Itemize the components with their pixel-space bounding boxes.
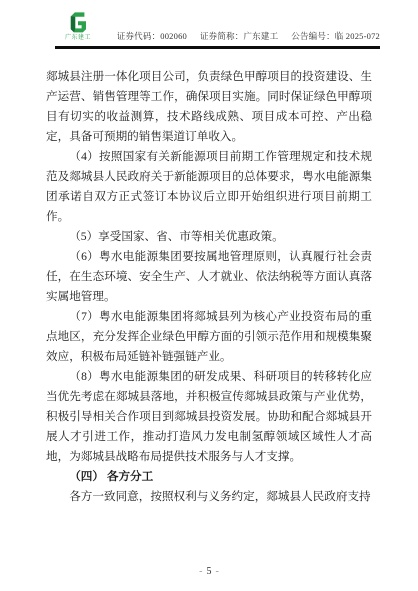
paragraph: （4）按照国家有关新能源项目前期工作管理规定和技术规范及郯城县人民政府关于新能源…: [46, 147, 372, 227]
company-logo: 广东建工: [63, 10, 93, 41]
footer-dash-right: -: [212, 566, 223, 577]
paragraph: （6）粤水电能源集团要按属地管理原则，认真履行社会责任，在生态环境、安全生产、人…: [46, 247, 372, 307]
stock-name-label: 证券简称：广东建工: [200, 30, 278, 42]
header-divider: [55, 46, 380, 49]
paragraph: （5）享受国家、省、市等相关优惠政策。: [46, 227, 372, 247]
page-footer: -5-: [0, 565, 418, 579]
company-logo-caption: 广东建工: [63, 35, 93, 41]
paragraph: 郯城县注册一体化项目公司，负责绿色甲醇项目的投资建设、生产运营、销售管理等工作，…: [46, 67, 372, 147]
section-heading: （四） 各方分工: [46, 467, 372, 487]
page-number: 5: [207, 566, 212, 577]
stock-code-label: 证券代码：002060: [117, 30, 187, 42]
header-info-line: 证券代码：002060 证券简称：广东建工 公告编号：临 2025-072: [117, 30, 380, 42]
document-header: 广东建工 证券代码：002060 证券简称：广东建工 公告编号：临 2025-0…: [55, 8, 380, 46]
paragraph: 各方一致同意，按照权利与义务约定，郯城县人民政府支持: [46, 487, 372, 507]
document-page: 广东建工 证券代码：002060 证券简称：广东建工 公告编号：临 2025-0…: [0, 0, 418, 591]
paragraph: （8）粤水电能源集团的研发成果、科研项目的转移转化应当优先考虑在郯城县落地，并积…: [46, 367, 372, 467]
announcement-number-label: 公告编号：临 2025-072: [291, 30, 380, 42]
company-logo-g-icon: [67, 10, 89, 34]
document-body: 郯城县注册一体化项目公司，负责绿色甲醇项目的投资建设、生产运营、销售管理等工作，…: [46, 67, 372, 507]
footer-dash-left: -: [195, 566, 206, 577]
paragraph: （7）粤水电能源集团将郯城县列为核心产业投资布局的重点地区，充分发挥企业绿色甲醇…: [46, 307, 372, 367]
